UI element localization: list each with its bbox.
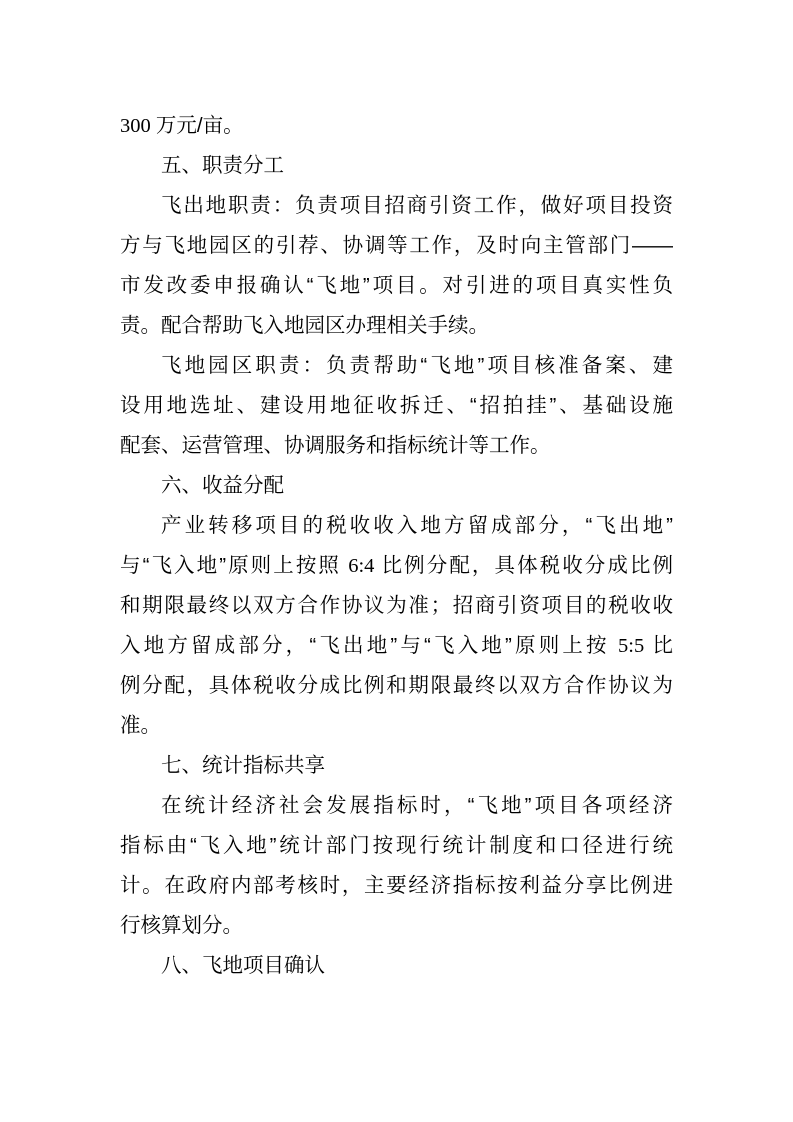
chinese-text: 飞地园区职责：负责帮助“飞地”项目核准备案、建 <box>161 354 673 377</box>
chinese-text: 计。在政府内部考核时，主要经济指标按利益分享比例进 <box>120 874 673 897</box>
chinese-text: 配套、运营管理、协调服务和指标统计等工作。 <box>120 434 551 457</box>
chinese-text: 在统计经济社会发展指标时，“飞地”项目各项经济 <box>161 794 673 817</box>
chinese-text: 责。配合帮助飞入地园区办理相关手续。 <box>120 314 489 337</box>
body-text-line: 300 万元/亩。 <box>120 106 673 146</box>
latin-numeral-text: 300 <box>120 115 156 137</box>
chinese-text: 入地方留成部分，“飞出地”与“飞入地”原则上按 <box>120 634 610 657</box>
chinese-text: 与“飞入地”原则上按照 <box>120 554 341 577</box>
body-text-line: 飞出地职责：负责项目招商引资工作，做好项目投资 <box>120 186 673 226</box>
section-heading: 六、收益分配 <box>120 466 673 506</box>
chinese-text: 行核算划分。 <box>120 914 243 937</box>
chinese-text: 例分配，具体税收分成比例和期限最终以双方合作协议为 <box>120 674 673 697</box>
chinese-text: 准。 <box>120 714 161 737</box>
document-content: 300 万元/亩。五、职责分工飞出地职责：负责项目招商引资工作，做好项目投资方与… <box>120 106 673 986</box>
body-text-line: 设用地选址、建设用地征收拆迁、“招拍挂”、基础设施 <box>120 386 673 426</box>
chinese-text: 八、飞地项目确认 <box>161 954 325 977</box>
section-heading: 五、职责分工 <box>120 146 673 186</box>
body-text-line: 指标由“飞入地”统计部门按现行统计制度和口径进行统 <box>120 826 673 866</box>
body-text-line: 计。在政府内部考核时，主要经济指标按利益分享比例进 <box>120 866 673 906</box>
chinese-text: 万元/亩。 <box>156 114 244 137</box>
chinese-text: 比例分配，具体税收分成比例 <box>382 554 673 577</box>
body-text-line: 在统计经济社会发展指标时，“飞地”项目各项经济 <box>120 786 673 826</box>
body-text-line: 方与飞地园区的引荐、协调等工作，及时向主管部门—— <box>120 226 673 266</box>
document-page: 300 万元/亩。五、职责分工飞出地职责：负责项目招商引资工作，做好项目投资方与… <box>0 0 793 1122</box>
body-text-line: 市发改委申报确认“飞地”项目。对引进的项目真实性负 <box>120 266 673 306</box>
body-text-line: 配套、运营管理、协调服务和指标统计等工作。 <box>120 426 673 466</box>
chinese-text: 指标由“飞入地”统计部门按现行统计制度和口径进行统 <box>120 834 673 857</box>
chinese-text: 方与飞地园区的引荐、协调等工作，及时向主管部门—— <box>120 234 673 257</box>
latin-numeral-text: 5:5 <box>610 635 653 657</box>
chinese-text: 飞出地职责：负责项目招商引资工作，做好项目投资 <box>161 194 673 217</box>
body-text-line: 产业转移项目的税收收入地方留成部分，“飞出地” <box>120 506 673 546</box>
chinese-text: 产业转移项目的税收收入地方留成部分，“飞出地” <box>161 514 673 537</box>
chinese-text: 六、收益分配 <box>161 474 284 497</box>
chinese-text: 和期限最终以双方合作协议为准；招商引资项目的税收收 <box>120 594 673 617</box>
chinese-text: 七、统计指标共享 <box>161 754 325 777</box>
body-text-line: 行核算划分。 <box>120 906 673 946</box>
latin-numeral-text: 6:4 <box>341 555 382 577</box>
body-text-line: 飞地园区职责：负责帮助“飞地”项目核准备案、建 <box>120 346 673 386</box>
body-text-line: 入地方留成部分，“飞出地”与“飞入地”原则上按 5:5 比 <box>120 626 673 666</box>
chinese-text: 市发改委申报确认“飞地”项目。对引进的项目真实性负 <box>120 274 673 297</box>
body-text-line: 和期限最终以双方合作协议为准；招商引资项目的税收收 <box>120 586 673 626</box>
chinese-text: 比 <box>653 634 674 657</box>
body-text-line: 责。配合帮助飞入地园区办理相关手续。 <box>120 306 673 346</box>
section-heading: 七、统计指标共享 <box>120 746 673 786</box>
body-text-line: 例分配，具体税收分成比例和期限最终以双方合作协议为 <box>120 666 673 706</box>
body-text-line: 准。 <box>120 706 673 746</box>
section-heading: 八、飞地项目确认 <box>120 946 673 986</box>
chinese-text: 五、职责分工 <box>161 154 284 177</box>
chinese-text: 设用地选址、建设用地征收拆迁、“招拍挂”、基础设施 <box>120 394 673 417</box>
body-text-line: 与“飞入地”原则上按照 6:4 比例分配，具体税收分成比例 <box>120 546 673 586</box>
